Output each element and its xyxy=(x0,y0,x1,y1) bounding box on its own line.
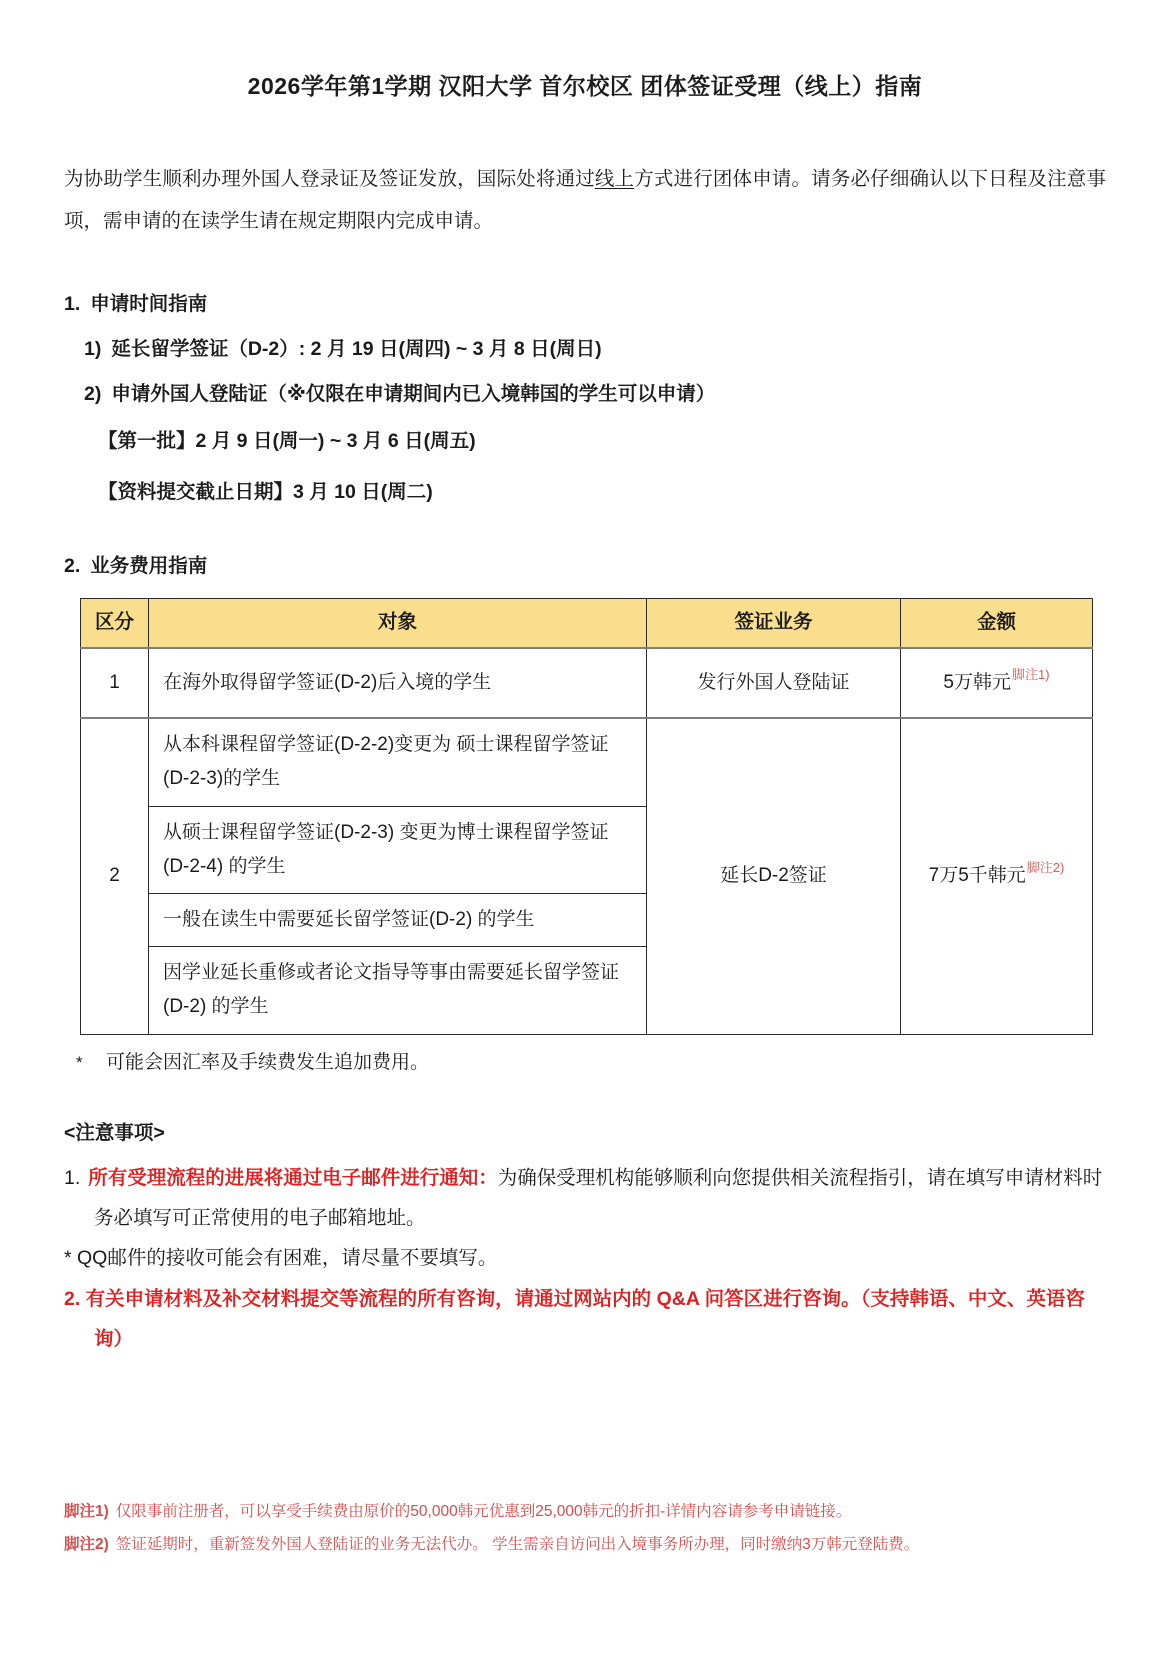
section2-number: 2. xyxy=(64,555,80,577)
row2-category: 2 xyxy=(81,718,149,1034)
schedule-sub-deadline: 【资料提交截止日期】3 月 10 日(周二) xyxy=(64,477,1106,508)
cautions-heading: <注意事项> xyxy=(64,1118,1106,1149)
page-title: 2026学年第1学期 汉阳大学 首尔校区 团体签证受理（线上）指南 xyxy=(64,0,1106,105)
document-page: 2026学年第1学期 汉阳大学 首尔校区 团体签证受理（线上）指南 为协助学生顺… xyxy=(0,0,1170,1360)
row2-target-4: 因学业延长重修或者论文指导等事由需要延长留学签证(D-2) 的学生 xyxy=(149,947,647,1034)
section-cautions: <注意事项> 1.所有受理流程的进展将通过电子邮件进行通知：为确保受理机构能够顺… xyxy=(64,1118,1106,1360)
schedule-item-visa-extension: 1)延长留学签证（D-2）: 2 月 19 日(周四) ~ 3 月 8 日(周日… xyxy=(64,334,1106,365)
col-header-visa-service: 签证业务 xyxy=(647,598,901,648)
qq-mail-note: * QQ邮件的接收可能会有困难，请尽量不要填写。 xyxy=(64,1243,1106,1274)
exchange-rate-note-text: 可能会因汇率及手续费发生追加费用。 xyxy=(106,1052,429,1073)
row2-amount-value: 7万5千韩元 xyxy=(929,865,1026,886)
section-application-schedule: 1.申请时间指南 1)延长留学签证（D-2）: 2 月 19 日(周四) ~ 3… xyxy=(64,289,1106,509)
exchange-rate-note: *可能会因汇率及手续费发生追加费用。 xyxy=(64,1048,1106,1078)
fee-table: 区分 对象 签证业务 金额 1 在海外取得留学签证(D-2)后入境的学生 发行外… xyxy=(80,598,1093,1035)
caution-1-number: 1. xyxy=(64,1167,80,1189)
schedule-sub-first-batch: 【第一批】2 月 9 日(周一) ~ 3 月 6 日(周五) xyxy=(64,426,1106,457)
footnote-1: 脚注1)仅限事前注册者，可以享受手续费由原价的50,000韩元优惠到25,000… xyxy=(64,1496,1106,1529)
fee-row-1: 1 在海外取得留学签证(D-2)后入境的学生 发行外国人登陆证 5万韩元脚注1) xyxy=(81,648,1093,718)
footnote-2-text: 签证延期时，重新签发外国人登陆证的业务无法代办。 学生需亲自访问出入境事务所办理… xyxy=(116,1536,919,1553)
footnotes-block: 脚注1)仅限事前注册者，可以享受手续费由原价的50,000韩元优惠到25,000… xyxy=(64,1496,1106,1561)
schedule-item-registration-card: 2)申请外国人登陆证（※仅限在申请期间内已入境韩国的学生可以申请） xyxy=(64,379,1106,410)
fee-row-2-sub-1: 2 从本科课程留学签证(D-2-2)变更为 硕士课程留学签证 (D-2-3)的学… xyxy=(81,718,1093,806)
row2-amount: 7万5千韩元脚注2) xyxy=(901,718,1093,1034)
row1-service: 发行外国人登陆证 xyxy=(647,648,901,718)
section-fees: 2.业务费用指南 区分 对象 签证业务 金额 1 在海外取得留学签证(D-2)后… xyxy=(64,551,1106,1078)
fee-table-header-row: 区分 对象 签证业务 金额 xyxy=(81,598,1093,648)
section1-heading: 1.申请时间指南 xyxy=(64,289,1106,320)
footnote-1-label: 脚注1) xyxy=(64,1503,109,1520)
section2-heading-label: 业务费用指南 xyxy=(90,555,207,577)
asterisk-marker: * xyxy=(76,1049,106,1076)
section1-number: 1. xyxy=(64,293,80,315)
footnote-2-label: 脚注2) xyxy=(64,1536,109,1553)
row1-category: 1 xyxy=(81,648,149,718)
col-header-target: 对象 xyxy=(149,598,647,648)
footnote-1-text: 仅限事前注册者，可以享受手续费由原价的50,000韩元优惠到25,000韩元的折… xyxy=(116,1503,851,1520)
footnote-ref-1: 脚注1) xyxy=(1012,667,1050,682)
row2-service: 延长D-2签证 xyxy=(647,718,901,1034)
caution-1-emphasis: 所有受理流程的进展将通过电子邮件进行通知： xyxy=(88,1167,498,1189)
caution-item-1: 1.所有受理流程的进展将通过电子邮件进行通知：为确保受理机构能够顺利向您提供相关… xyxy=(64,1159,1106,1239)
footnote-ref-2: 脚注2) xyxy=(1027,860,1065,875)
intro-paragraph: 为协助学生顺利办理外国人登录证及签证发放，国际处将通过线上方式进行团体申请。请务… xyxy=(64,159,1106,243)
row1-amount-value: 5万韩元 xyxy=(943,672,1011,693)
footnote-2: 脚注2)签证延期时，重新签发外国人登陆证的业务无法代办。 学生需亲自访问出入境事… xyxy=(64,1529,1106,1562)
caution-item-2: 2. 有关申请材料及补交材料提交等流程的所有咨询，请通过网站内的 Q&A 问答区… xyxy=(64,1280,1106,1360)
intro-underlined-text: 线上 xyxy=(595,168,634,190)
row2-target-2: 从硕士课程留学签证(D-2-3) 变更为博士课程留学签证 (D-2-4) 的学生 xyxy=(149,806,647,893)
intro-text-pre: 为协助学生顺利办理外国人登录证及签证发放，国际处将通过 xyxy=(64,168,595,190)
row1-amount: 5万韩元脚注1) xyxy=(901,648,1093,718)
row2-target-3: 一般在读生中需要延长留学签证(D-2) 的学生 xyxy=(149,894,647,947)
row1-target: 在海外取得留学签证(D-2)后入境的学生 xyxy=(149,648,647,718)
row2-target-1: 从本科课程留学签证(D-2-2)变更为 硕士课程留学签证 (D-2-3)的学生 xyxy=(149,718,647,806)
col-header-amount: 金额 xyxy=(901,598,1093,648)
section1-heading-label: 申请时间指南 xyxy=(90,293,207,315)
section2-heading: 2.业务费用指南 xyxy=(64,551,1106,582)
col-header-category: 区分 xyxy=(81,598,149,648)
